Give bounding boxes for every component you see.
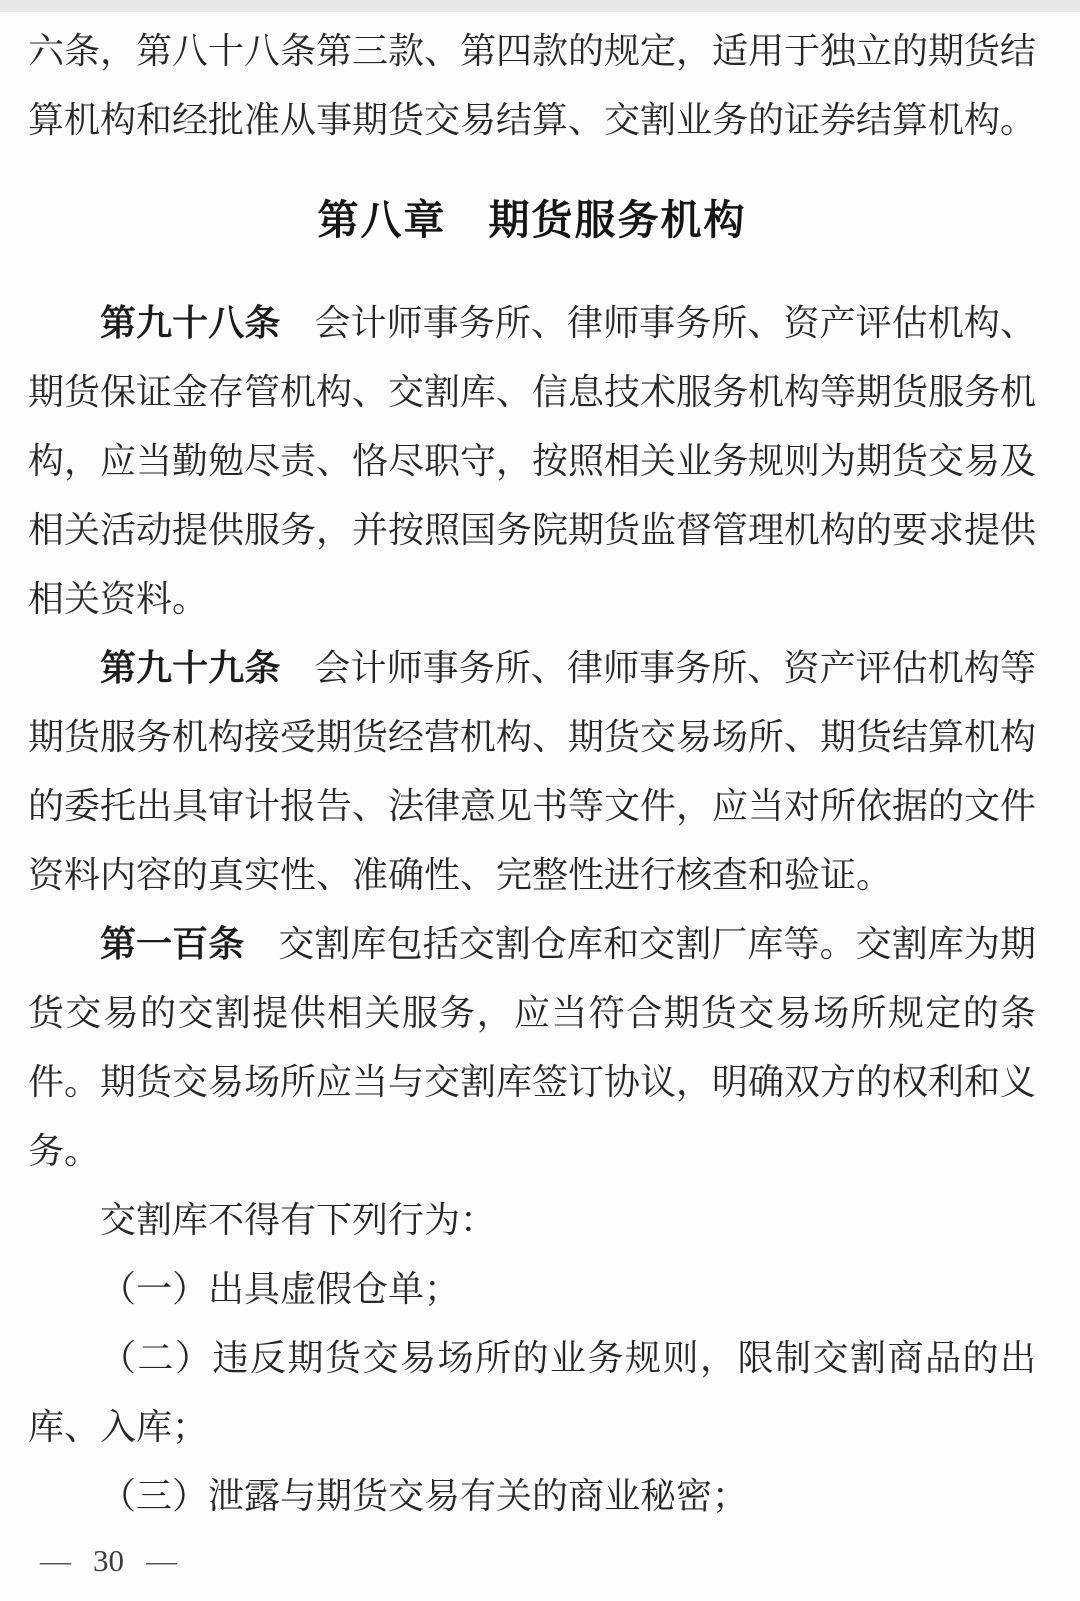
- footer-left-dash: —: [40, 1543, 71, 1579]
- document-body: 六条，第八十八条第三款、第四款的规定，适用于独立的期货结算机构和经批准从事期货交…: [28, 12, 1036, 1531]
- list-item-3: （三）泄露与期货交易有关的商业秘密；: [28, 1462, 1036, 1531]
- list-item-1: （一）出具虚假仓单；: [28, 1255, 1036, 1324]
- article-paragraph-100: 第一百条交割库包括交割仓库和交割厂库等。交割库为期货交易的交割提供相关服务，应当…: [28, 910, 1036, 1186]
- article-number-99: 第九十九条: [100, 648, 280, 688]
- list-intro-paragraph: 交割库不得有下列行为：: [28, 1186, 1036, 1255]
- article-paragraph-98: 第九十八条会计师事务所、律师事务所、资产评估机构、期货保证金存管机构、交割库、信…: [28, 289, 1036, 634]
- scan-top-edge-bar: [0, 0, 1080, 12]
- footer-right-dash: —: [146, 1543, 177, 1579]
- chapter-number: 第八章: [318, 197, 447, 243]
- article-number-100: 第一百条: [100, 924, 244, 964]
- chapter-title: 期货服务机构: [489, 197, 747, 243]
- article-number-98: 第九十八条: [100, 303, 280, 343]
- list-item-2: （二）违反期货交易场所的业务规则，限制交割商品的出库、入库；: [28, 1324, 1036, 1462]
- page-number: 30: [93, 1543, 124, 1579]
- intro-paragraph: 六条，第八十八条第三款、第四款的规定，适用于独立的期货结算机构和经批准从事期货交…: [28, 17, 1036, 155]
- article-paragraph-99: 第九十九条会计师事务所、律师事务所、资产评估机构等期货服务机构接受期货经营机构、…: [28, 634, 1036, 910]
- page-footer: — 30 —: [40, 1543, 177, 1579]
- document-page: { "page": { "top_bar_color": "#e8e8e9", …: [0, 0, 1080, 1601]
- article-text-98: 会计师事务所、律师事务所、资产评估机构、期货保证金存管机构、交割库、信息技术服务…: [28, 303, 1036, 619]
- chapter-heading: 第八章期货服务机构: [28, 186, 1036, 255]
